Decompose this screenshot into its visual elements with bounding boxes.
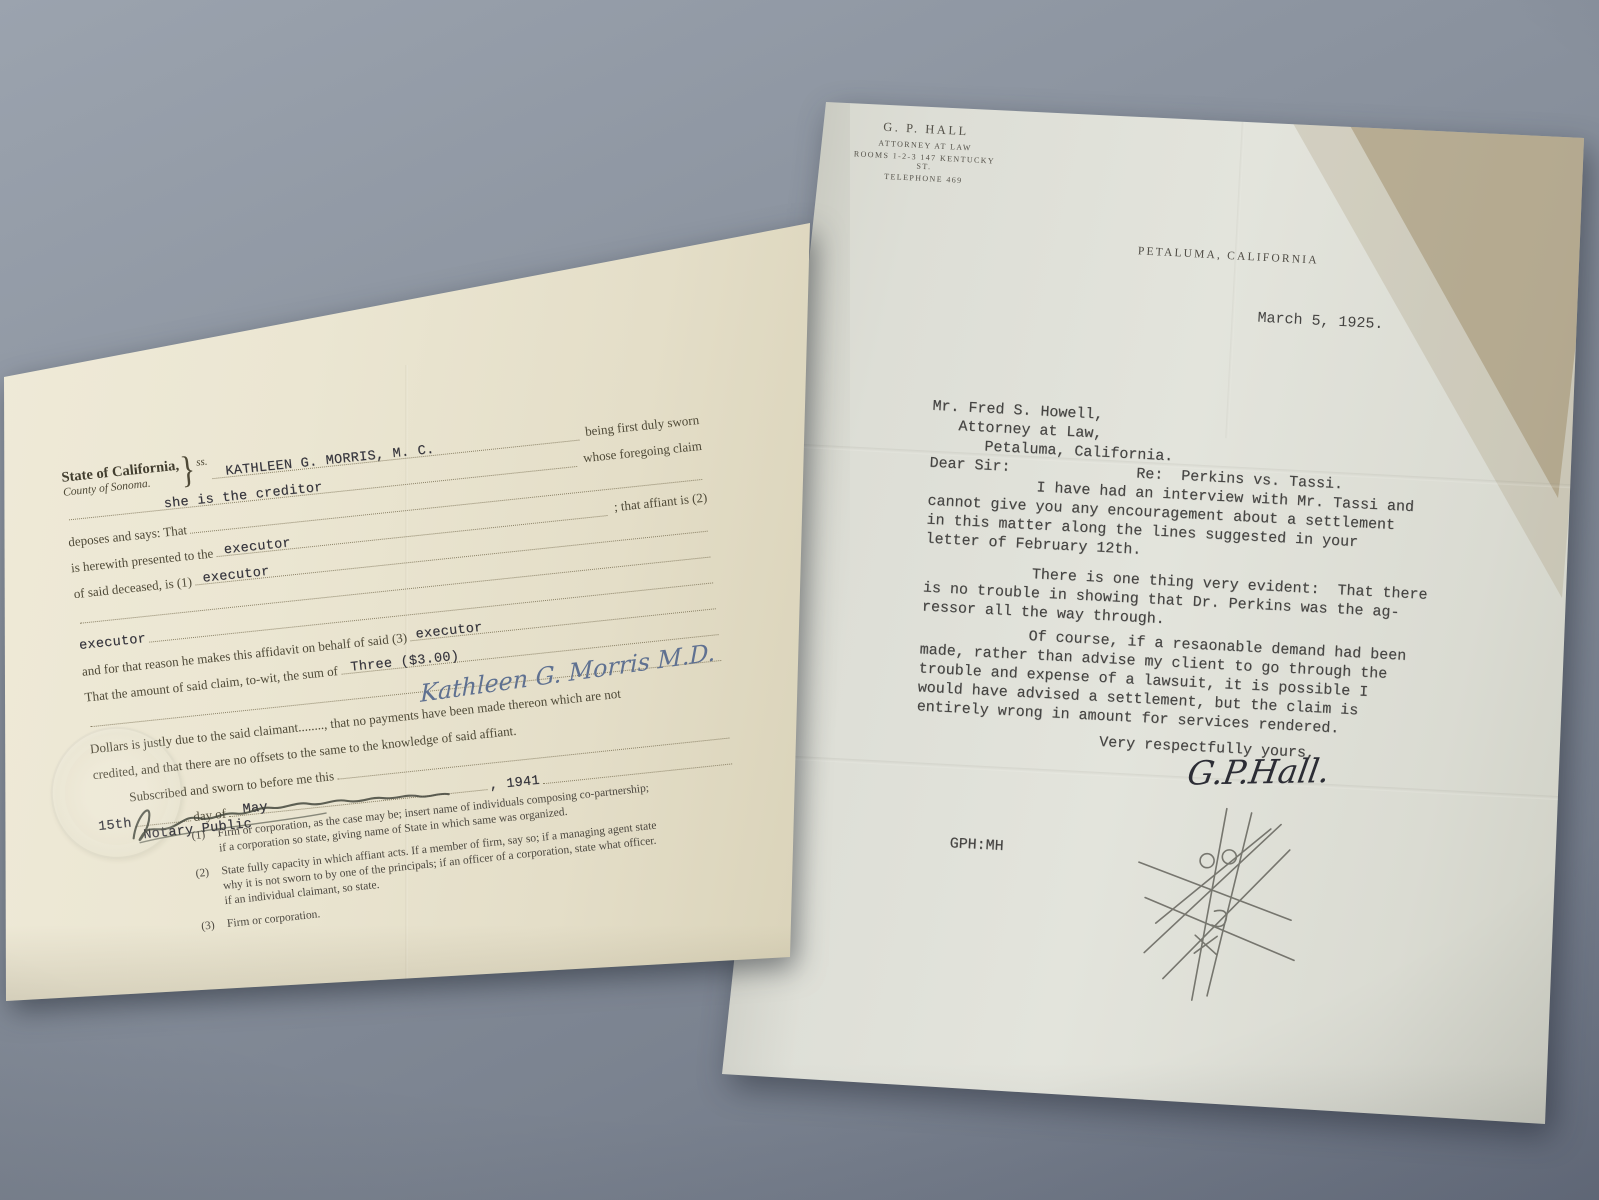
letter-document: G. P. HALL ATTORNEY AT LAW ROOMS 1-2-3 1…: [690, 78, 1599, 1173]
affidavit-bottom-shadow: [0, 925, 825, 1015]
affidavit-document: State of California, County of Sonoma. }…: [0, 215, 825, 1015]
photo-backdrop: G. P. HALL ATTORNEY AT LAW ROOMS 1-2-3 1…: [0, 0, 1599, 1200]
gp-hall-signature: G.P.Hall.: [1185, 751, 1333, 793]
pencil-scribble: [1122, 802, 1308, 1007]
affidavit-content: State of California, County of Sonoma. }…: [60, 396, 748, 952]
brace-glyph: }: [179, 455, 196, 486]
city-line: PETALUMA, CALIFORNIA: [1138, 245, 1319, 266]
date-line: March 5, 1925.: [1257, 310, 1384, 334]
ss-label: ss.: [195, 456, 208, 469]
fold-crease-line: [1225, 109, 1245, 439]
letter-paper: G. P. HALL ATTORNEY AT LAW ROOMS 1-2-3 1…: [690, 78, 1599, 1173]
affidavit-paper: State of California, County of Sonoma. }…: [0, 215, 825, 1015]
letterhead: G. P. HALL ATTORNEY AT LAW ROOMS 1-2-3 1…: [848, 118, 1001, 190]
letter-content: G. P. HALL ATTORNEY AT LAW ROOMS 1-2-3 1…: [797, 108, 1589, 1165]
year-typed: , 1941: [489, 774, 541, 794]
